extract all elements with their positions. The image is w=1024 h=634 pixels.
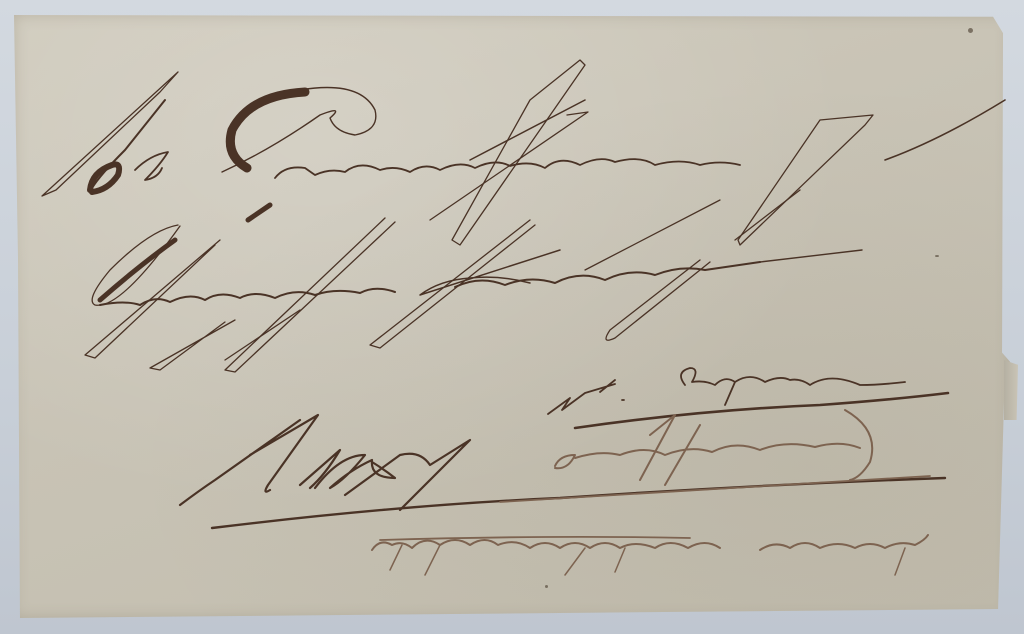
descender (248, 205, 270, 220)
capital-C-hairline (222, 88, 376, 173)
annotation-underline (575, 393, 948, 428)
loop-down-sh (606, 260, 710, 340)
struck-underline (500, 476, 930, 502)
loop-d (452, 60, 585, 245)
loop-k (738, 115, 873, 245)
annotation-severskiy (681, 368, 905, 405)
letter-V-bulb (90, 164, 119, 192)
word-srodovuyu (100, 289, 395, 305)
word-srediono-baseline (275, 159, 740, 178)
tail-line-2 (760, 250, 862, 262)
loop-down-4 (225, 310, 300, 360)
loop-down-2 (150, 320, 235, 370)
letter-V-loop (42, 72, 178, 196)
tail-line-1 (885, 100, 1005, 160)
struck-batourine (555, 410, 872, 485)
loop-b (470, 100, 585, 160)
number-underline (212, 478, 945, 528)
digits-1095 (300, 440, 470, 510)
annotation-m (548, 380, 624, 414)
capital-R2 (420, 250, 560, 295)
number-sign (180, 415, 318, 505)
letter-yer (135, 152, 168, 180)
capital-S2-bold (100, 240, 175, 300)
bottom-strikethrough (380, 537, 690, 540)
capital-C (230, 92, 305, 168)
letter-V-stem (92, 100, 165, 188)
word-ratushu (455, 262, 760, 287)
handwriting-ink (0, 0, 1024, 634)
bottom-descenders (390, 545, 905, 575)
